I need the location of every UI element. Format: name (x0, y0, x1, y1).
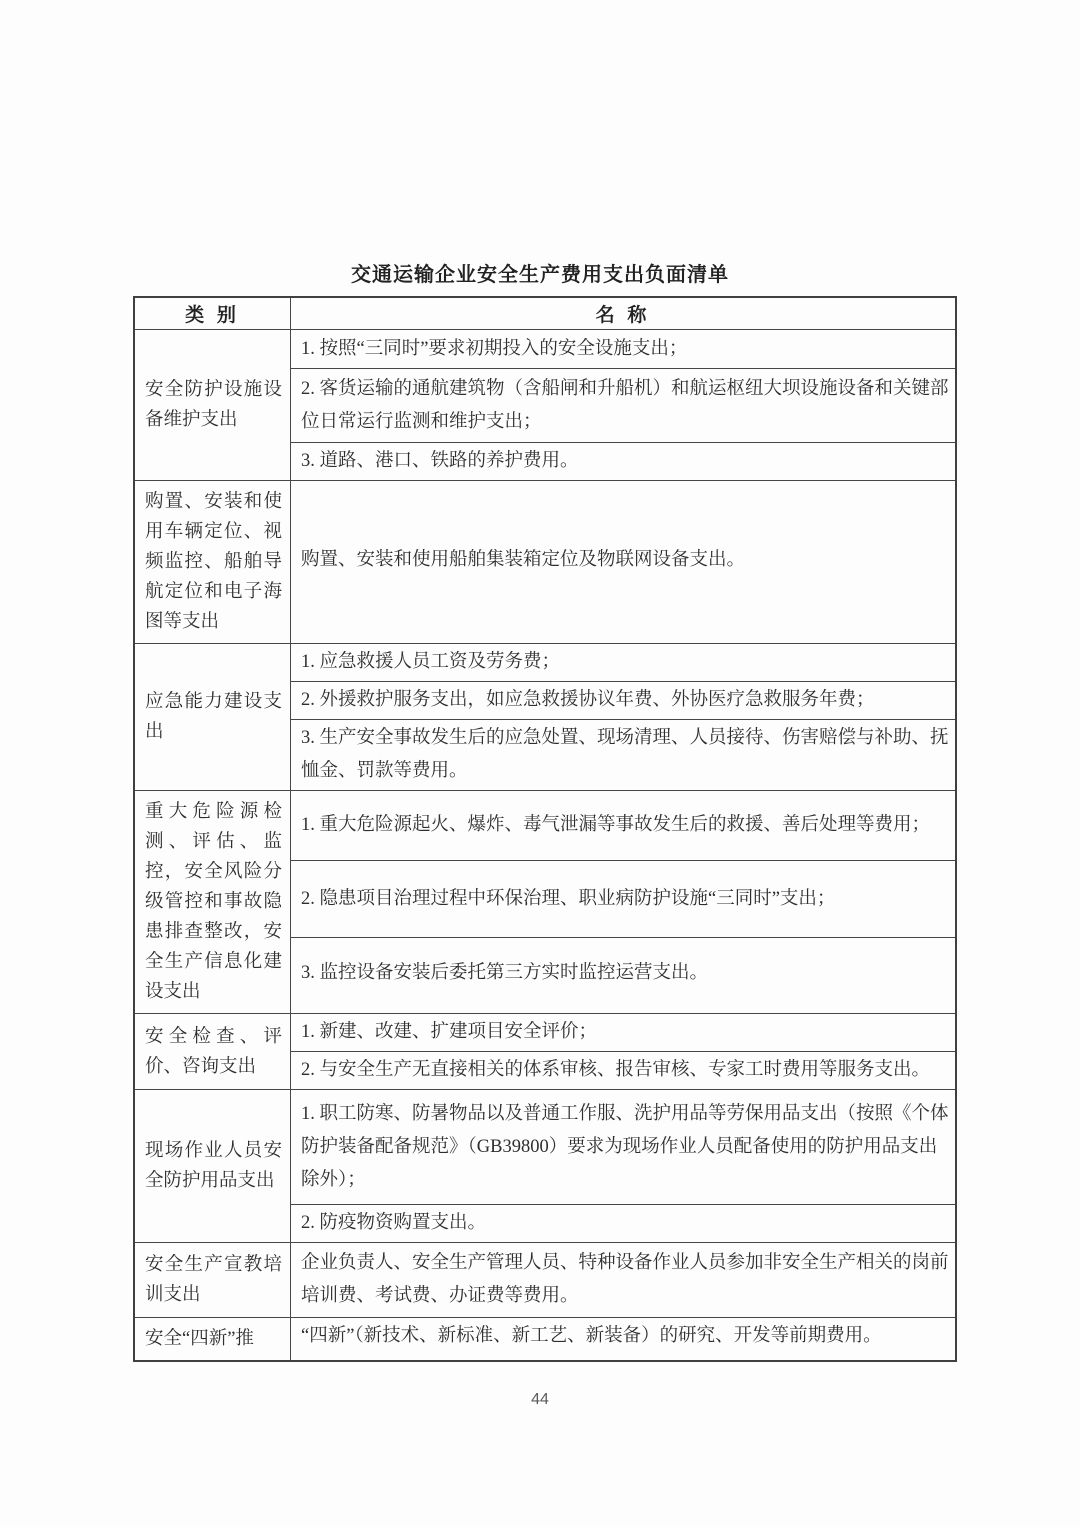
category-text: 安全生产宣教培训支出 (145, 1250, 282, 1310)
name-cell: 3. 道路、港口、铁路的养护费用。 (291, 442, 955, 480)
name-items: “四新”（新技术、新标准、新工艺、新装备）的研究、开发等前期费用。 (291, 1318, 955, 1360)
name-cell: 1. 按照“三同时”要求初期投入的安全设施支出； (291, 330, 955, 368)
category-cell: 现场作业人员安全防护用品支出 (135, 1090, 291, 1242)
header-category-cell: 类 别 (135, 298, 291, 329)
category-text: 安全防护设施设备维护支出 (145, 375, 282, 435)
category-text: 应急能力建设支出 (145, 687, 282, 747)
name-cell: “四新”（新技术、新标准、新工艺、新装备）的研究、开发等前期费用。 (291, 1318, 955, 1355)
category-cell: 安全防护设施设备维护支出 (135, 330, 291, 480)
table-header-row: 类 别 名 称 (135, 298, 955, 329)
table-row: 安全防护设施设备维护支出 1. 按照“三同时”要求初期投入的安全设施支出； 2.… (135, 329, 955, 480)
name-cell: 企业负责人、安全生产管理人员、特种设备作业人员参加非安全生产相关的岗前培训费、考… (291, 1243, 955, 1317)
category-cell: 安全检查、评价、咨询支出 (135, 1014, 291, 1089)
name-cell: 3. 生产安全事故发生后的应急处置、现场清理、人员接待、伤害赔偿与补助、抚恤金、… (291, 719, 955, 790)
name-cell: 2. 防疫物资购置支出。 (291, 1204, 955, 1242)
category-cell: 购置、安装和使用车辆定位、视频监控、船舶导航定位和电子海图等支出 (135, 481, 291, 643)
document-title: 交通运输企业安全生产费用支出负面清单 (0, 258, 1080, 287)
category-cell: 安全“四新”推 (135, 1318, 291, 1360)
expense-negative-list-table: 类 别 名 称 安全防护设施设备维护支出 1. 按照“三同时”要求初期投入的安全… (133, 296, 957, 1362)
name-items: 1. 重大危险源起火、爆炸、毒气泄漏等事故发生后的救援、善后处理等费用； 2. … (291, 791, 955, 1013)
category-text: 购置、安装和使用车辆定位、视频监控、船舶导航定位和电子海图等支出 (145, 487, 282, 637)
name-cell: 1. 应急救援人员工资及劳务费； (291, 644, 955, 681)
name-items: 购置、安装和使用船舶集装箱定位及物联网设备支出。 (291, 481, 955, 643)
name-cell: 2. 客货运输的通航建筑物（含船闸和升船机）和航运枢纽大坝设施设备和关键部位日常… (291, 368, 955, 442)
table-row: 现场作业人员安全防护用品支出 1. 职工防寒、防暑物品以及普通工作服、洗护用品等… (135, 1089, 955, 1242)
name-cell: 1. 职工防寒、防暑物品以及普通工作服、洗护用品等劳保用品支出（按照《个体防护装… (291, 1090, 955, 1204)
table-row: 应急能力建设支出 1. 应急救援人员工资及劳务费； 2. 外援救护服务支出，如应… (135, 643, 955, 790)
category-cell: 重大危险源检测、评估、监控，安全风险分级管控和事故隐患排查整改，安全生产信息化建… (135, 791, 291, 1013)
name-items: 1. 应急救援人员工资及劳务费； 2. 外援救护服务支出，如应急救援协议年费、外… (291, 644, 955, 790)
page-number: 44 (0, 1391, 1080, 1409)
table-row: 安全“四新”推 “四新”（新技术、新标准、新工艺、新装备）的研究、开发等前期费用… (135, 1317, 955, 1360)
table-row: 安全生产宣教培训支出 企业负责人、安全生产管理人员、特种设备作业人员参加非安全生… (135, 1242, 955, 1317)
name-cell: 1. 新建、改建、扩建项目安全评价； (291, 1014, 955, 1051)
name-cell: 3. 监控设备安装后委托第三方实时监控运营支出。 (291, 937, 955, 1008)
name-items: 1. 按照“三同时”要求初期投入的安全设施支出； 2. 客货运输的通航建筑物（含… (291, 330, 955, 480)
category-text: 重大危险源检测、评估、监控，安全风险分级管控和事故隐患排查整改，安全生产信息化建… (145, 797, 282, 1007)
name-cell: 购置、安装和使用船舶集装箱定位及物联网设备支出。 (291, 481, 955, 639)
table-row: 安全检查、评价、咨询支出 1. 新建、改建、扩建项目安全评价； 2. 与安全生产… (135, 1013, 955, 1089)
category-text: 现场作业人员安全防护用品支出 (145, 1136, 282, 1196)
name-items: 1. 新建、改建、扩建项目安全评价； 2. 与安全生产无直接相关的体系审核、报告… (291, 1014, 955, 1089)
name-cell: 2. 隐患项目治理过程中环保治理、职业病防护设施“三同时”支出； (291, 860, 955, 937)
name-items: 1. 职工防寒、防暑物品以及普通工作服、洗护用品等劳保用品支出（按照《个体防护装… (291, 1090, 955, 1242)
name-items: 企业负责人、安全生产管理人员、特种设备作业人员参加非安全生产相关的岗前培训费、考… (291, 1243, 955, 1317)
header-name-cell: 名 称 (291, 298, 955, 329)
category-cell: 应急能力建设支出 (135, 644, 291, 790)
name-cell: 2. 与安全生产无直接相关的体系审核、报告审核、专家工时费用等服务支出。 (291, 1051, 955, 1089)
document-page: 交通运输企业安全生产费用支出负面清单 类 别 名 称 安全防护设施设备维护支出 … (0, 0, 1080, 1527)
name-cell: 1. 重大危险源起火、爆炸、毒气泄漏等事故发生后的救援、善后处理等费用； (291, 791, 955, 860)
table-row: 购置、安装和使用车辆定位、视频监控、船舶导航定位和电子海图等支出 购置、安装和使… (135, 480, 955, 643)
table-row: 重大危险源检测、评估、监控，安全风险分级管控和事故隐患排查整改，安全生产信息化建… (135, 790, 955, 1013)
category-text: 安全检查、评价、咨询支出 (145, 1022, 282, 1082)
name-cell: 2. 外援救护服务支出，如应急救援协议年费、外协医疗急救服务年费； (291, 681, 955, 719)
category-text: 安全“四新”推 (145, 1324, 282, 1354)
category-cell: 安全生产宣教培训支出 (135, 1243, 291, 1317)
